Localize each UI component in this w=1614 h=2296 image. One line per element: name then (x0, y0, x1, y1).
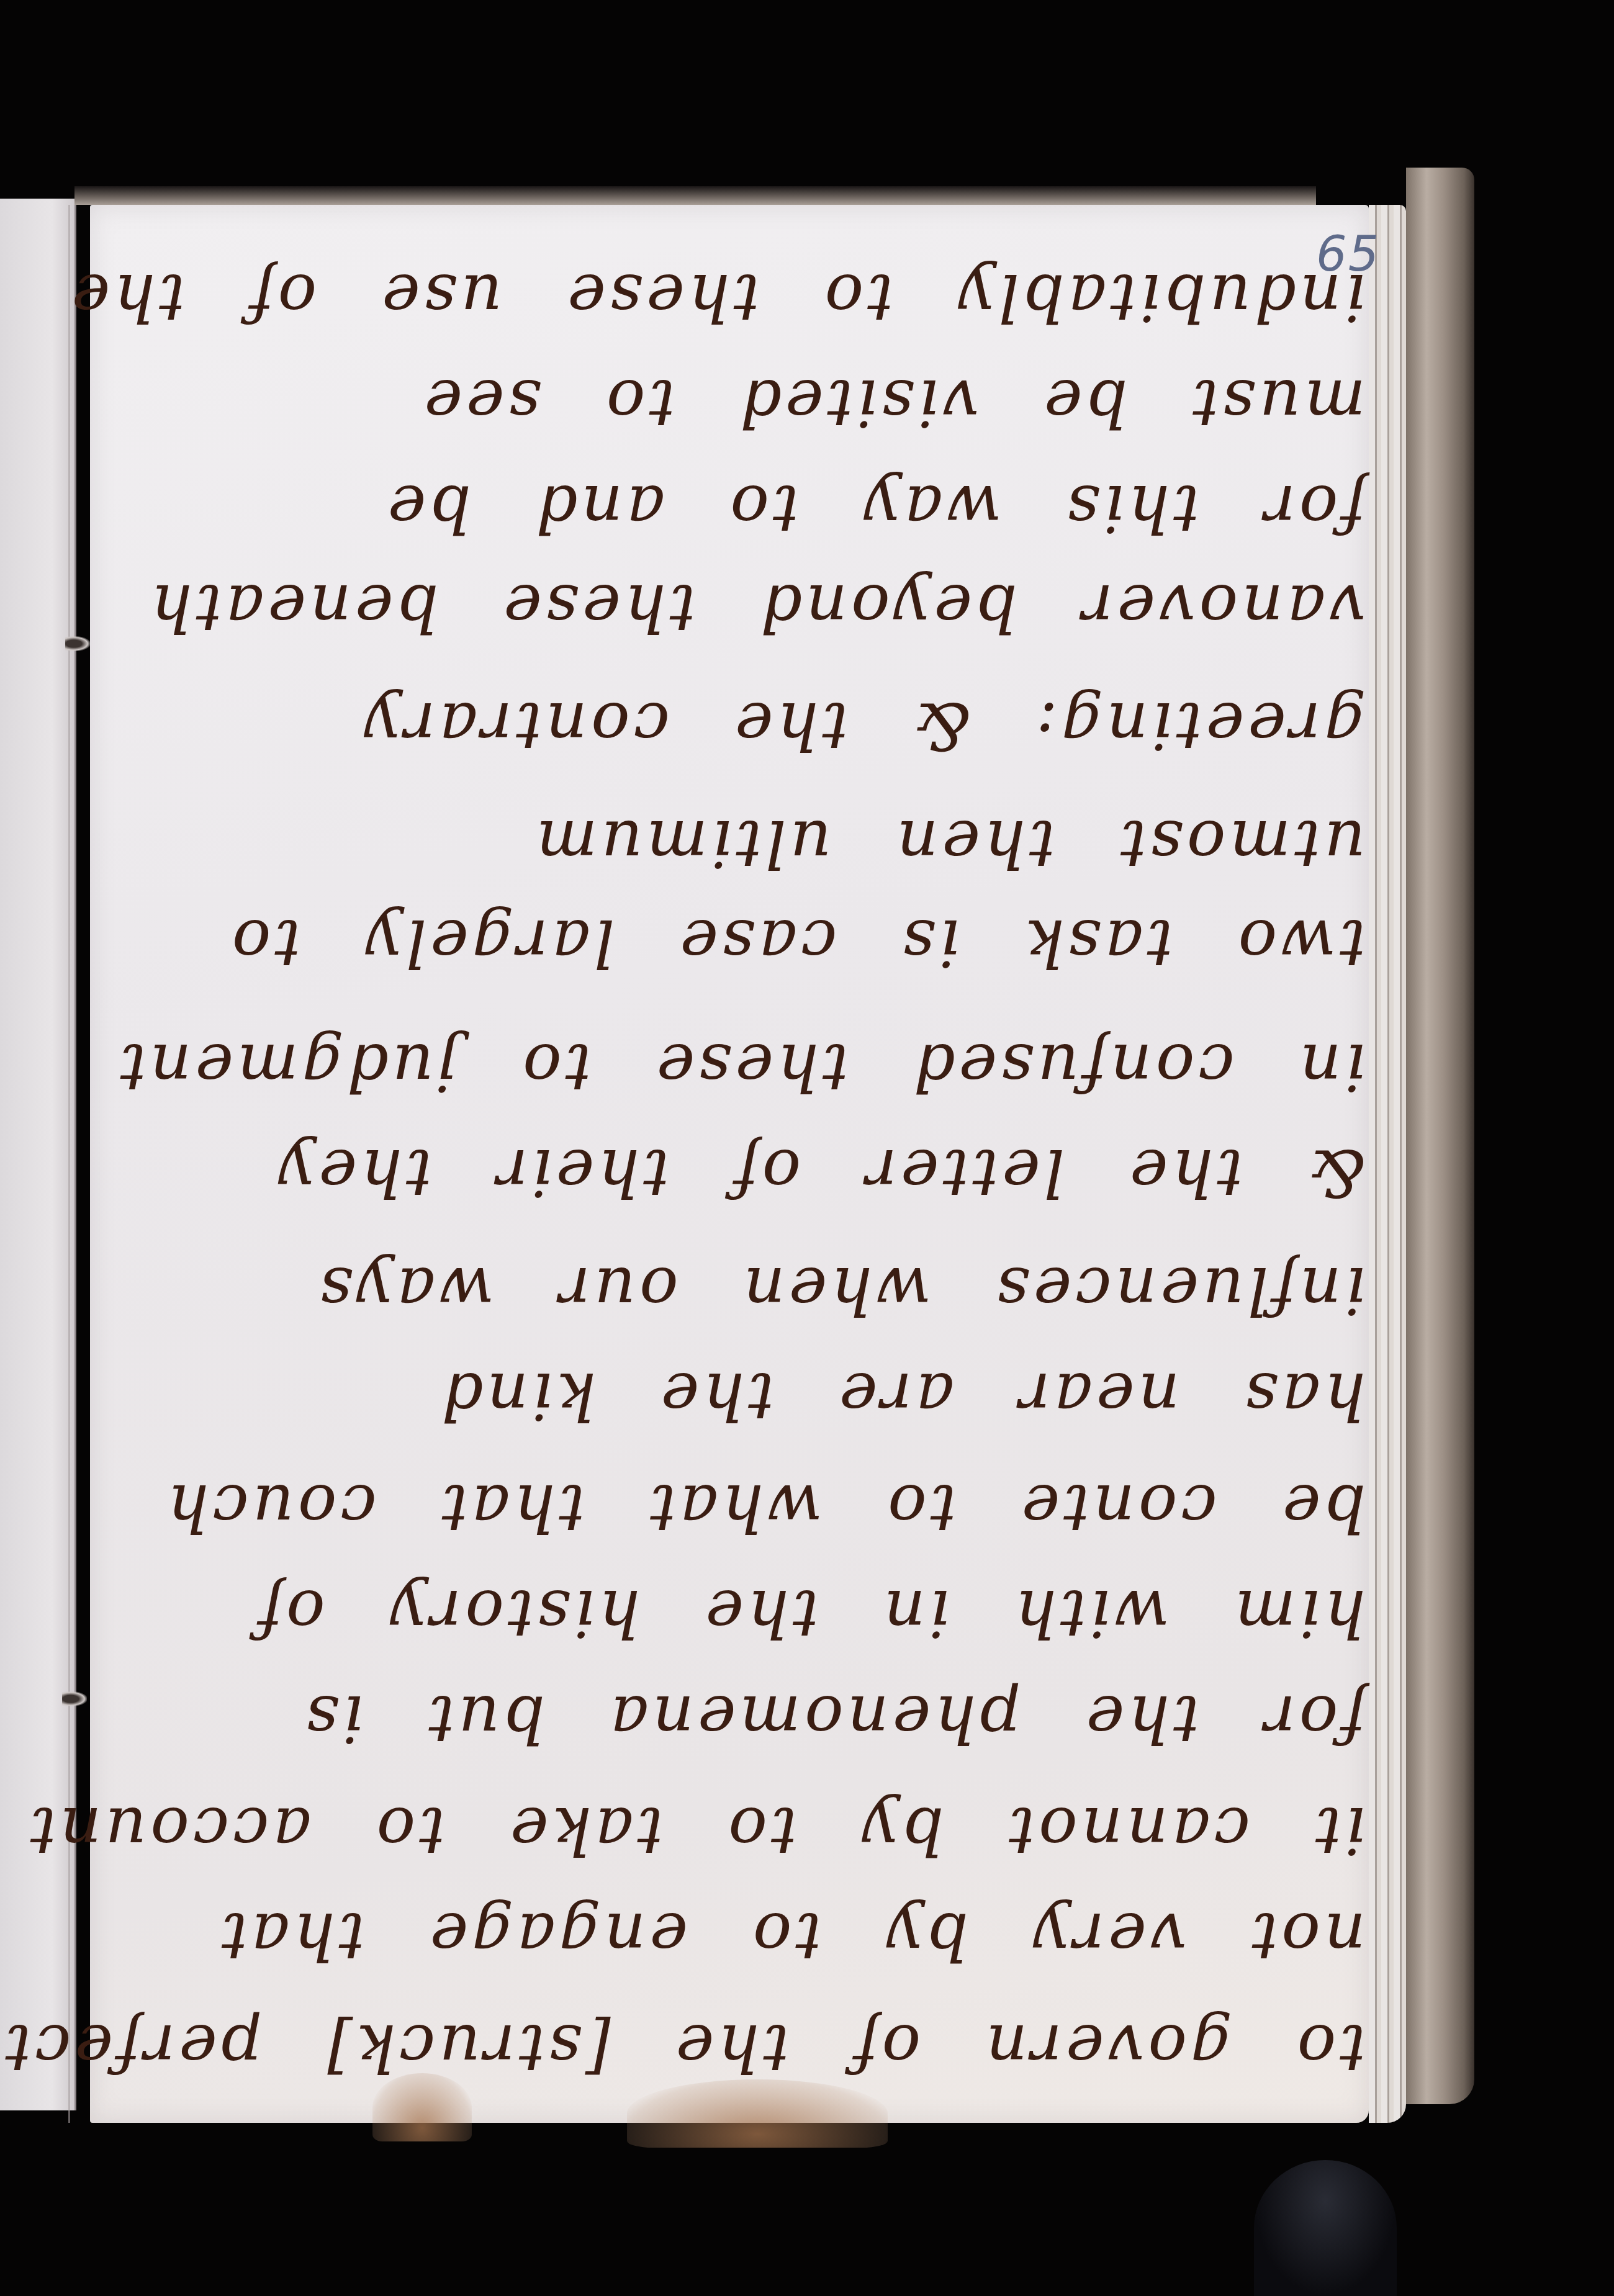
manuscript-line: & the letter of their they (155, 1135, 1366, 1210)
manuscript-line: must be visited to see (155, 365, 1366, 441)
manuscript-line: greeting: & the contrary (155, 688, 1366, 763)
binding-hole-icon (62, 1691, 87, 1706)
manuscript-line: vanover beyond these beneath (155, 570, 1366, 646)
vellum-cover (1406, 168, 1474, 2104)
manuscript-line: be conte to what that couch (155, 1470, 1366, 1546)
manuscript-text-block: to govern of the [struck] perfectly not … (155, 230, 1366, 2092)
manuscript-line: two task is case largely to (155, 905, 1366, 981)
manuscript-line: has near are the kind (155, 1358, 1366, 1434)
manuscript-line: not very by to engage that (155, 1898, 1366, 1974)
page-fore-edges (1369, 205, 1406, 2123)
manuscript-line: him with in the history of (155, 1575, 1366, 1651)
book-top-edge (74, 186, 1316, 205)
manuscript-line: for this way to and be (155, 470, 1366, 546)
manuscript-line: influences when our ways (155, 1253, 1366, 1328)
manuscript-line: utmost then ultimum (155, 806, 1366, 881)
thumb-shadow (1254, 2160, 1397, 2296)
manuscript-line: it cannot by to take to account (155, 1793, 1366, 1868)
manuscript-line: to govern of the [struck] perfectly (155, 2010, 1366, 2086)
manuscript-line: in confused these to judgment (155, 1029, 1366, 1105)
manuscript-line: indubitably to these use of the (155, 259, 1366, 335)
manuscript-line: for the phenomena but is (155, 1681, 1366, 1757)
binding-hole-icon (65, 636, 90, 651)
